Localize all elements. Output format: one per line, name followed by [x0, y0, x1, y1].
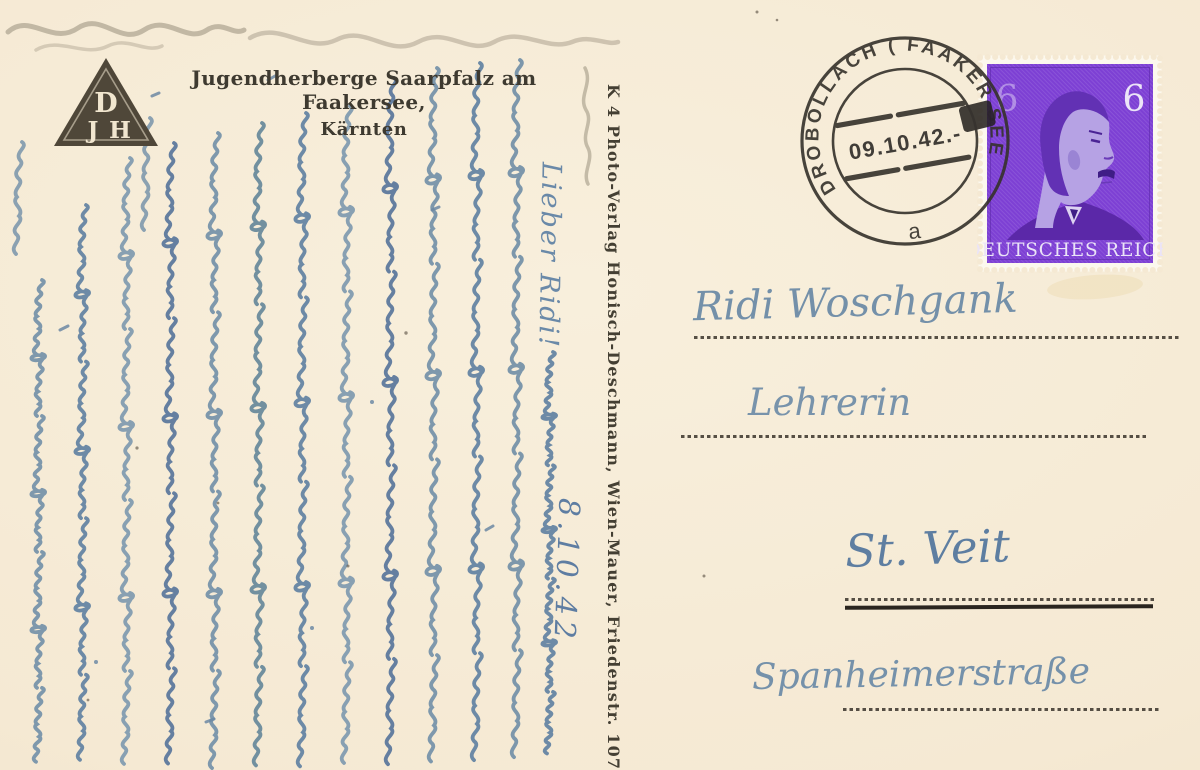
stamp-denomination: 6 [1123, 79, 1146, 120]
address-street: Spanheimerstraße [752, 651, 1091, 698]
address-town: St. Veit [844, 519, 1011, 578]
caption-line2: Kärnten [178, 119, 550, 140]
postcard-back: D J H Jugendherberge Saarpfalz am Faaker… [0, 0, 1200, 770]
logo-letter-d: D [94, 88, 117, 119]
address-rule-3 [845, 598, 1156, 601]
address-occupation: Lehrerin [748, 381, 911, 424]
logo-letter-j: J [86, 117, 99, 144]
publisher-imprint: K 4 Photo-Verlag Honisch-Deschmann, Wien… [604, 84, 623, 744]
address-rule-2 [681, 435, 1149, 438]
caption-line1: Jugendherberge Saarpfalz am Faakersee, [178, 66, 550, 114]
logo-letter-h: H [109, 117, 131, 144]
message-salutation: Lieber Ridi! [532, 162, 566, 350]
message-date: 8.10.42 [547, 497, 586, 644]
address-name: Ridi Woschgank [692, 276, 1018, 330]
paper-stain [1046, 272, 1143, 303]
postmark-date: 09.10.42.- [847, 120, 964, 164]
postmark: DROBOLLACH ( FAAKER SEE ) 09.10.42.- a [793, 23, 1025, 255]
postmark-letter: a [907, 218, 923, 244]
address-rule-1 [694, 336, 1180, 339]
address-rule-4 [843, 708, 1161, 711]
djh-logo: D J H [48, 52, 164, 154]
printed-caption: Jugendherberge Saarpfalz am Faakersee, K… [178, 66, 550, 140]
